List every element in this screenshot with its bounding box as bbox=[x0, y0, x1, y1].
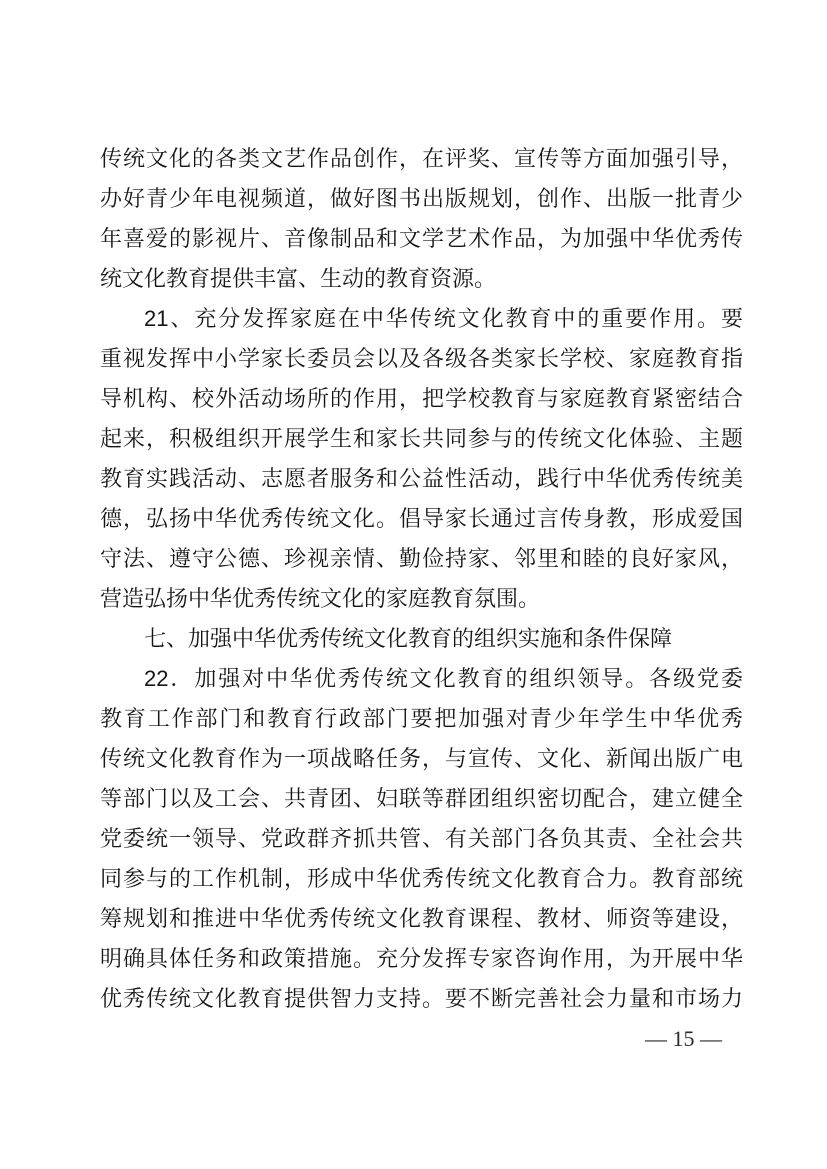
text-line: 优秀传统文化教育提供智力支持。要不断完善社会力量和市场力 bbox=[100, 979, 743, 1019]
text-line: 21、充分发挥家庭在中华传统文化教育中的重要作用。要 bbox=[100, 299, 743, 339]
page-number: — 15 — bbox=[645, 1026, 722, 1051]
text-line: 教育工作部门和教育行政部门要把加强对青少年学生中华优秀 bbox=[100, 699, 743, 739]
text-line: 等部门以及工会、共青团、妇联等群团组织密切配合，建立健全 bbox=[100, 779, 743, 819]
text-line: 守法、遵守公德、珍视亲情、勤俭持家、邻里和睦的良好家风， bbox=[100, 539, 743, 579]
text-line: 统文化教育提供丰富、生动的教育资源。 bbox=[100, 259, 743, 299]
text-line: 同参与的工作机制，形成中华优秀传统文化教育合力。教育部统 bbox=[100, 859, 743, 899]
text-line: 重视发挥中小学家长委员会以及各级各类家长学校、家庭教育指 bbox=[100, 339, 743, 379]
document-page: 传统文化的各类文艺作品创作，在评奖、宣传等方面加强引导， 办好青少年电视频道，做… bbox=[0, 0, 827, 1169]
text-line: 传统文化的各类文艺作品创作，在评奖、宣传等方面加强引导， bbox=[100, 139, 743, 179]
text-line: 起来，积极组织开展学生和家长共同参与的传统文化体验、主题 bbox=[100, 419, 743, 459]
text-line: 22．加强对中华优秀传统文化教育的组织领导。各级党委 bbox=[100, 659, 743, 699]
page-footer: — 15 — bbox=[0, 1026, 722, 1052]
text-line: 明确具体任务和政策措施。充分发挥专家咨询作用，为开展中华 bbox=[100, 939, 743, 979]
text-line: 传统文化教育作为一项战略任务，与宣传、文化、新闻出版广电 bbox=[100, 739, 743, 779]
text-line: 教育实践活动、志愿者服务和公益性活动，践行中华优秀传统美 bbox=[100, 459, 743, 499]
text-line: 导机构、校外活动场所的作用，把学校教育与家庭教育紧密结合 bbox=[100, 379, 743, 419]
body-text: 传统文化的各类文艺作品创作，在评奖、宣传等方面加强引导， 办好青少年电视频道，做… bbox=[100, 139, 743, 1019]
text-line: 办好青少年电视频道，做好图书出版规划，创作、出版一批青少 bbox=[100, 179, 743, 219]
section-heading: 七、加强中华优秀传统文化教育的组织实施和条件保障 bbox=[100, 619, 743, 659]
text-line: 党委统一领导、党政群齐抓共管、有关部门各负其责、全社会共 bbox=[100, 819, 743, 859]
text-line: 筹规划和推进中华优秀传统文化教育课程、教材、师资等建设， bbox=[100, 899, 743, 939]
text-line: 营造弘扬中华优秀传统文化的家庭教育氛围。 bbox=[100, 579, 743, 619]
text-line: 德，弘扬中华优秀传统文化。倡导家长通过言传身教，形成爱国 bbox=[100, 499, 743, 539]
text-line: 年喜爱的影视片、音像制品和文学艺术作品，为加强中华优秀传 bbox=[100, 219, 743, 259]
